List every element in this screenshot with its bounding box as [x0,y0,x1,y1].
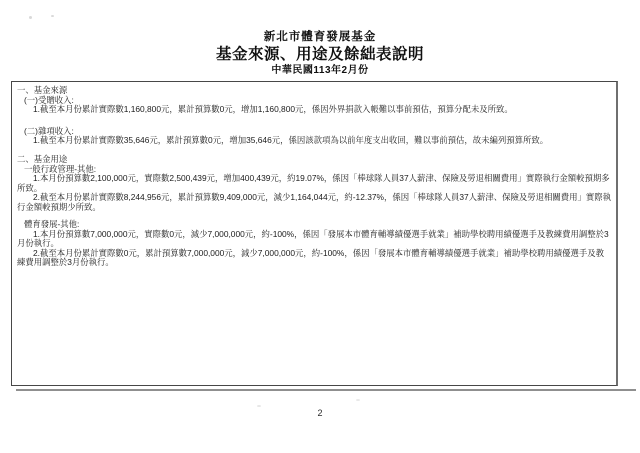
document-header: 新北市體育發展基金 基金來源、用途及餘絀表說明 中華民國113年2月份 [0,31,640,77]
scan-speck [356,399,360,401]
scanned-document-page: 新北市體育發展基金 基金來源、用途及餘絀表說明 中華民國113年2月份 一、基金… [0,0,640,453]
scan-speck [29,16,32,19]
statement-title: 基金來源、用途及餘絀表說明 [0,46,640,63]
scan-speck [51,15,54,17]
fund-name-title: 新北市體育發展基金 [0,31,640,44]
explanation-item: 2.截至本月份累計實際數0元，累計預算數7,000,000元，減少7,000,0… [17,249,612,268]
explanation-item: 1.截至本月份累計實際數1,160,800元，累計預算數0元，增加1,160,8… [17,105,612,115]
explanation-item: 2.截至本月份累計實際數8,244,956元，累計預算數9,409,000元，減… [17,193,612,212]
explanation-item: 1.截至本月份累計實際數35,646元，累計預算數0元，增加35,646元，係因… [17,136,612,146]
explanation-item: 1.本月份預算數7,000,000元，實際數0元，減少7,000,000元，約-… [17,230,612,249]
page-number: 2 [0,408,640,418]
report-period: 中華民國113年2月份 [0,65,640,77]
section-heading-fund-sources: 一、基金來源 [17,86,612,96]
explanation-content-box: 一、基金來源 (一)受贈收入: 1.截至本月份累計實際數1,160,800元，累… [11,81,618,386]
scan-shadow-line [16,389,636,391]
section-heading-fund-uses: 二、基金用途 [17,155,612,165]
explanation-item: 1.本月份預算數2,100,000元，實際數2,500,439元，增加400,4… [17,174,612,193]
scan-speck [257,405,261,407]
